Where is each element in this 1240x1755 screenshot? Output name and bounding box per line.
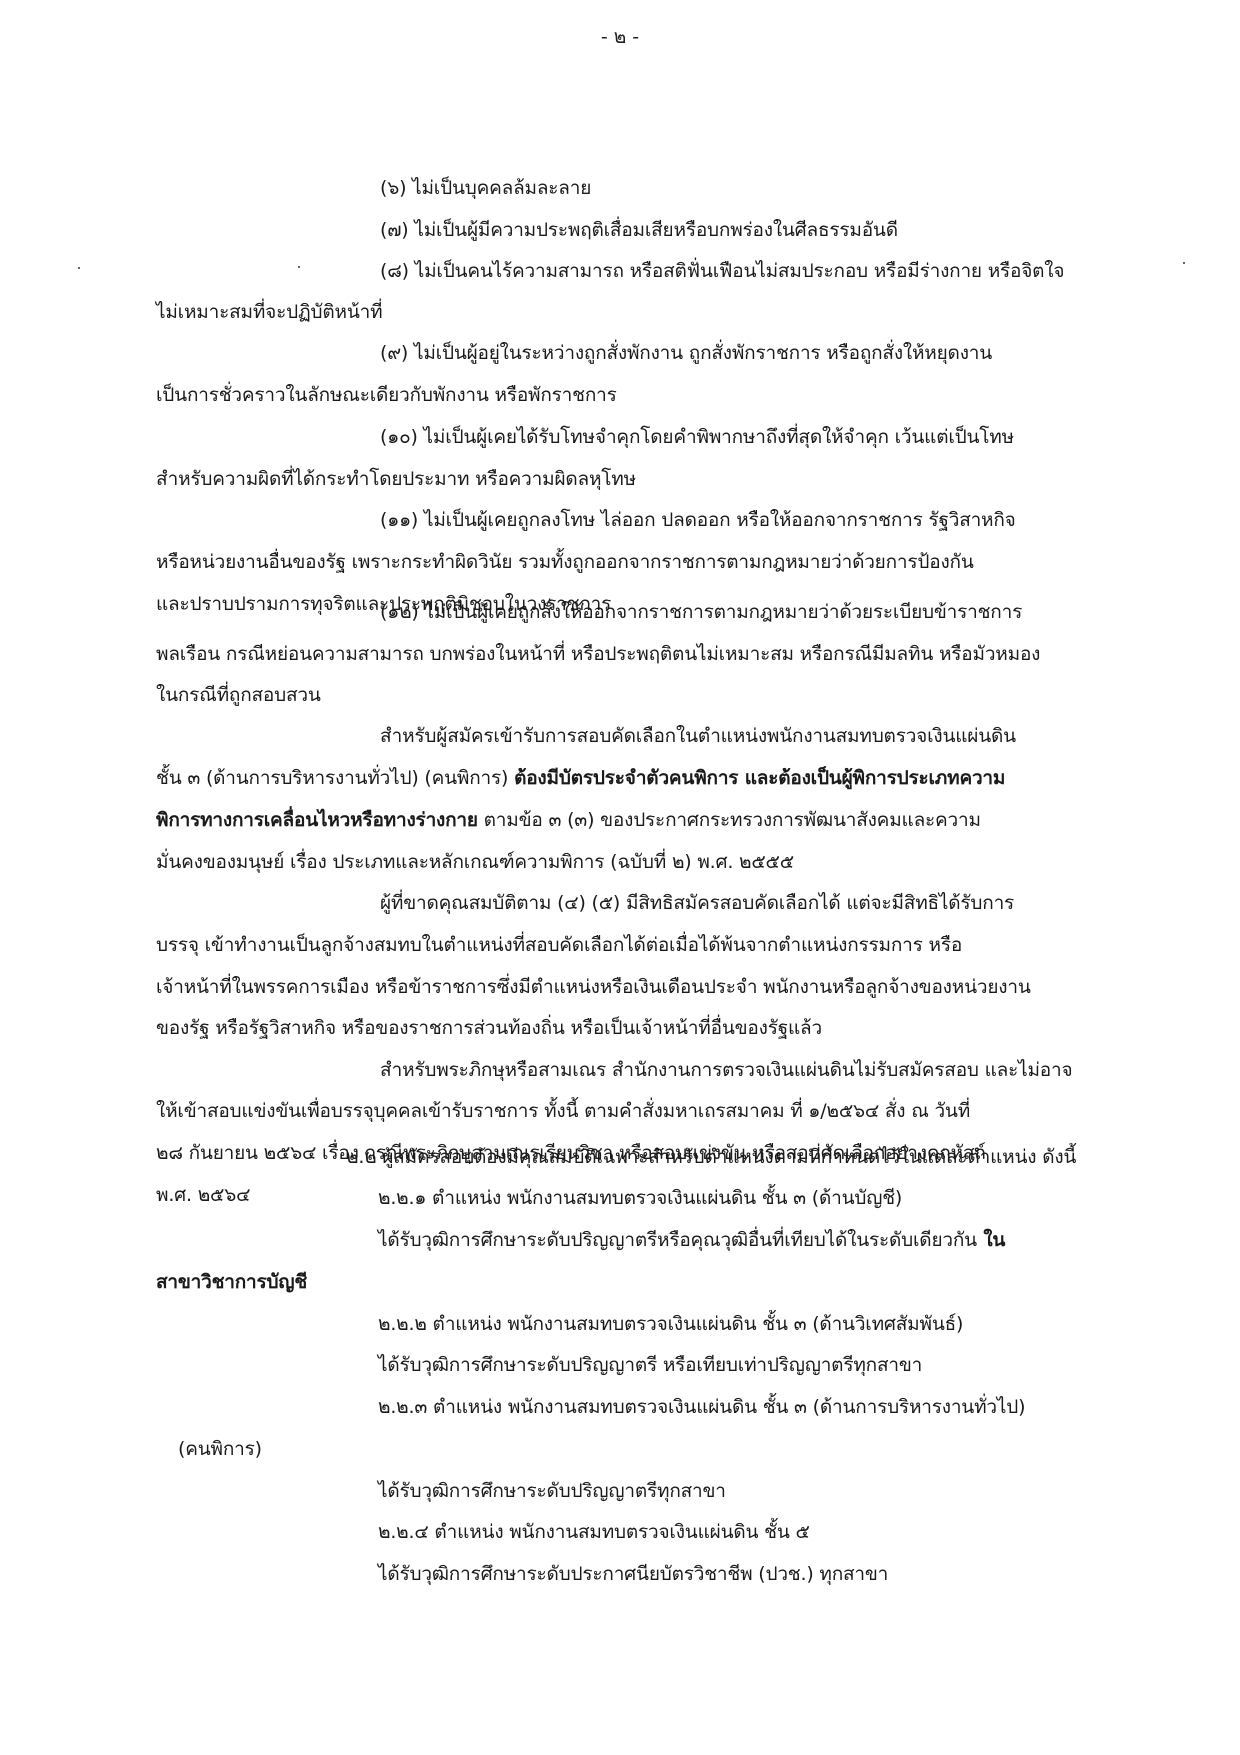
disabled-line-4: มั่นคงของมนุษย์ เรื่อง ประเภทและหลักเกณฑ… bbox=[156, 848, 794, 876]
qualification-item-8-cont: ไม่เหมาะสมที่จะปฏิบัติหน้าที่ bbox=[156, 298, 382, 326]
position-2-2-2-requirement: ได้รับวุฒิการศึกษาระดับปริญญาตรี หรือเที… bbox=[378, 1351, 922, 1379]
disabled-line-1: สำหรับผู้สมัครเข้ารับการสอบคัดเลือกในตำแ… bbox=[380, 722, 1016, 750]
monks-line-2: ให้เข้าสอบแข่งขันเพื่อบรรจุบุคคลเข้ารับร… bbox=[156, 1097, 970, 1125]
disabled-line-2: ชั้น ๓ (ด้านการบริหารงานทั่วไป) (คนพิการ… bbox=[156, 764, 1005, 792]
position-2-2-1-requirement-text: ได้รับวุฒิการศึกษาระดับปริญญาตรีหรือคุณว… bbox=[378, 1229, 977, 1251]
page-number: - ๒ - bbox=[0, 22, 1240, 52]
position-2-2-3-title: ๒.๒.๓ ตำแหน่ง พนักงานสมทบตรวจเงินแผ่นดิน… bbox=[378, 1393, 1025, 1421]
disabled-line-2-bold: ต้องมีบัตรประจำตัวคนพิการ และต้องเป็นผู้… bbox=[514, 767, 1005, 789]
scan-speck bbox=[1183, 262, 1185, 264]
lacking-line-3: เจ้าหน้าที่ในพรรคการเมือง หรือข้าราชการซ… bbox=[156, 973, 1031, 1001]
qualification-item-11: (๑๑) ไม่เป็นผู้เคยถูกลงโทษ ไล่ออก ปลดออก… bbox=[380, 506, 1016, 534]
position-2-2-4-requirement: ได้รับวุฒิการศึกษาระดับประกาศนียบัตรวิชา… bbox=[378, 1560, 888, 1588]
position-2-2-1-title: ๒.๒.๑ ตำแหน่ง พนักงานสมทบตรวจเงินแผ่นดิน… bbox=[378, 1184, 902, 1212]
disabled-line-3-normal: ตามข้อ ๓ (๓) ของประกาศกระทรวงการพัฒนาสัง… bbox=[478, 809, 981, 831]
position-2-2-1-field: สาขาวิชาการบัญชี bbox=[156, 1268, 307, 1296]
qualification-item-9-cont: เป็นการชั่วคราวในลักษณะเดียวกับพักงาน หร… bbox=[156, 381, 617, 409]
qualification-item-7: (๗) ไม่เป็นผู้มีความประพฤติเสื่อมเสียหรื… bbox=[380, 216, 898, 244]
scan-speck bbox=[298, 266, 300, 268]
position-2-2-1-requirement-tail: ใน bbox=[977, 1229, 1005, 1251]
section-2-2-heading: ๒.๒ ผู้สมัครสอบต้องมีคุณสมบัติเฉพาะสำหรั… bbox=[346, 1143, 1076, 1171]
disabled-line-2-normal: ชั้น ๓ (ด้านการบริหารงานทั่วไป) (คนพิการ… bbox=[156, 767, 514, 789]
position-2-2-3-requirement: ได้รับวุฒิการศึกษาระดับปริญญาตรีทุกสาขา bbox=[378, 1477, 726, 1505]
qualification-item-11-cont: หรือหน่วยงานอื่นของรัฐ เพราะกระทำผิดวินั… bbox=[156, 548, 974, 576]
qualification-item-10: (๑๐) ไม่เป็นผู้เคยได้รับโทษจำคุกโดยคำพิพ… bbox=[380, 423, 1014, 451]
qualification-item-10-cont: สำหรับความผิดที่ได้กระทำโดยประมาท หรือคว… bbox=[156, 465, 636, 493]
qualification-item-8: (๘) ไม่เป็นคนไร้ความสามารถ หรือสติฟั่นเฟ… bbox=[380, 257, 1064, 285]
disabled-line-3: พิการทางการเคลื่อนไหวหรือทางร่างกาย ตามข… bbox=[156, 806, 981, 834]
lacking-line-4: ของรัฐ หรือรัฐวิสาหกิจ หรือของราชการส่วน… bbox=[156, 1014, 822, 1042]
lacking-line-2: บรรจุ เข้าทำงานเป็นลูกจ้างสมทบในตำแหน่งท… bbox=[156, 931, 962, 959]
qualification-item-12: (๑๒) ไม่เป็นผู้เคยถูกสั่งให้ออกจากราชการ… bbox=[380, 598, 1022, 626]
position-2-2-4-title: ๒.๒.๔ ตำแหน่ง พนักงานสมทบตรวจเงินแผ่นดิน… bbox=[378, 1518, 810, 1546]
position-2-2-3-title-cont: (คนพิการ) bbox=[178, 1435, 262, 1463]
scan-speck bbox=[78, 267, 80, 269]
qualification-item-6: (๖) ไม่เป็นบุคคลล้มละลาย bbox=[380, 174, 591, 202]
position-2-2-1-requirement: ได้รับวุฒิการศึกษาระดับปริญญาตรีหรือคุณว… bbox=[378, 1226, 1005, 1254]
lacking-line-1: ผู้ที่ขาดคุณสมบัติตาม (๔) (๕) มีสิทธิสมั… bbox=[380, 889, 1014, 917]
position-2-2-2-title: ๒.๒.๒ ตำแหน่ง พนักงานสมทบตรวจเงินแผ่นดิน… bbox=[378, 1310, 963, 1338]
qualification-item-9: (๙) ไม่เป็นผู้อยู่ในระหว่างถูกสั่งพักงาน… bbox=[380, 339, 992, 367]
monks-line-4: พ.ศ. ๒๕๖๔ bbox=[156, 1181, 250, 1209]
monks-line-1: สำหรับพระภิกษุหรือสามเณร สำนักงานการตรวจ… bbox=[380, 1056, 1072, 1084]
disabled-line-3-bold: พิการทางการเคลื่อนไหวหรือทางร่างกาย bbox=[156, 809, 478, 831]
qualification-item-12-cont: พลเรือน กรณีหย่อนความสามารถ บกพร่องในหน้… bbox=[156, 640, 1040, 668]
qualification-item-12-cont2: ในกรณีที่ถูกสอบสวน bbox=[156, 681, 321, 709]
